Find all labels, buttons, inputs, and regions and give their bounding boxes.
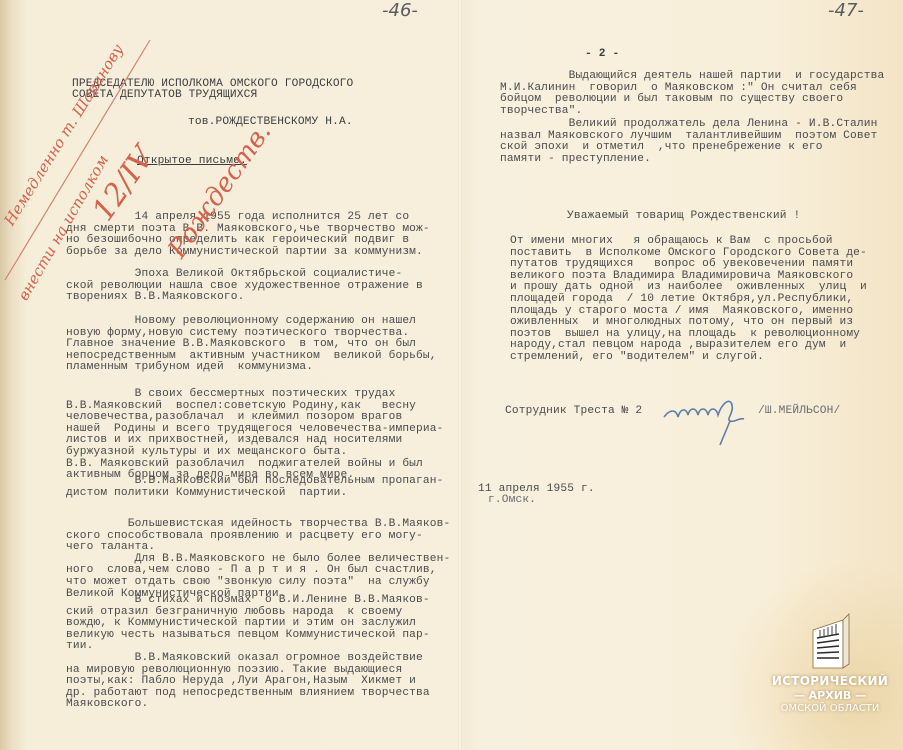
typed-line: бойцом революции и был таковым по сущест… xyxy=(500,93,843,105)
watermark-line-1: ИСТОРИЧЕСКИЙ xyxy=(760,674,900,688)
request-line: площадей города / 10 летие Октября,ул.Ре… xyxy=(510,293,853,305)
watermark-line-3: ОМСКОЙ ОБЛАСТИ xyxy=(760,703,900,714)
ink-signature xyxy=(660,395,760,450)
typed-line: Выдающийся деятель нашей партии и госуда… xyxy=(500,70,884,82)
request-line: поставить в Исполкоме Омского Городского… xyxy=(510,247,867,259)
request-line: народу,стал певцом народа ,выразителем е… xyxy=(510,339,846,351)
signature-position: Сотрудник Треста № 2 xyxy=(505,405,642,417)
archive-watermark: ИСТОРИЧЕСКИЙ — АРХИВ — ОМСКОЙ ОБЛАСТИ xyxy=(760,610,900,745)
request-line: площадь у старого моста / имя Маяковског… xyxy=(510,305,853,317)
request-line: и прошу дать одной из наиболее оживленны… xyxy=(510,281,867,293)
request-line: От имени многих я обращаюсь к Вам с прос… xyxy=(510,235,833,247)
typed-line: Великий продолжатель дела Ленина - И.В.С… xyxy=(500,118,878,130)
typed-line: памяти - преступление. xyxy=(500,153,651,165)
letter-place: г.Омск. xyxy=(488,494,536,506)
request-line: оживленных и многолюдных потому, что он … xyxy=(510,316,853,328)
watermark-line-2: — АРХИВ — xyxy=(760,689,900,702)
request-line: путатов трудящихся вопрос об увековечени… xyxy=(510,258,853,270)
typed-line: творчества". xyxy=(500,105,582,117)
sheet-number: - 2 - xyxy=(585,48,619,60)
archive-building-icon xyxy=(805,610,855,670)
salutation: Уважаемый товарищ Рождественский ! xyxy=(567,210,800,222)
typed-line: назвал Маяковского лучшим талантливейшим… xyxy=(500,130,878,142)
red-pencil-stroke xyxy=(0,0,460,750)
page-number-right: -47- xyxy=(828,0,864,21)
typed-line: ской эпохи и отметил ,что пренебрежение … xyxy=(500,141,823,153)
request-line: стремлений, его "водителем" и слугой. xyxy=(510,351,764,363)
signatory-name: /Ш.МЕЙЛЬСОН/ xyxy=(758,405,840,417)
request-line: поэтов вышел на улицу,на площадь к револ… xyxy=(510,328,860,340)
typed-line: М.И.Калинин говорил о Маяковском :" Он с… xyxy=(500,82,857,94)
